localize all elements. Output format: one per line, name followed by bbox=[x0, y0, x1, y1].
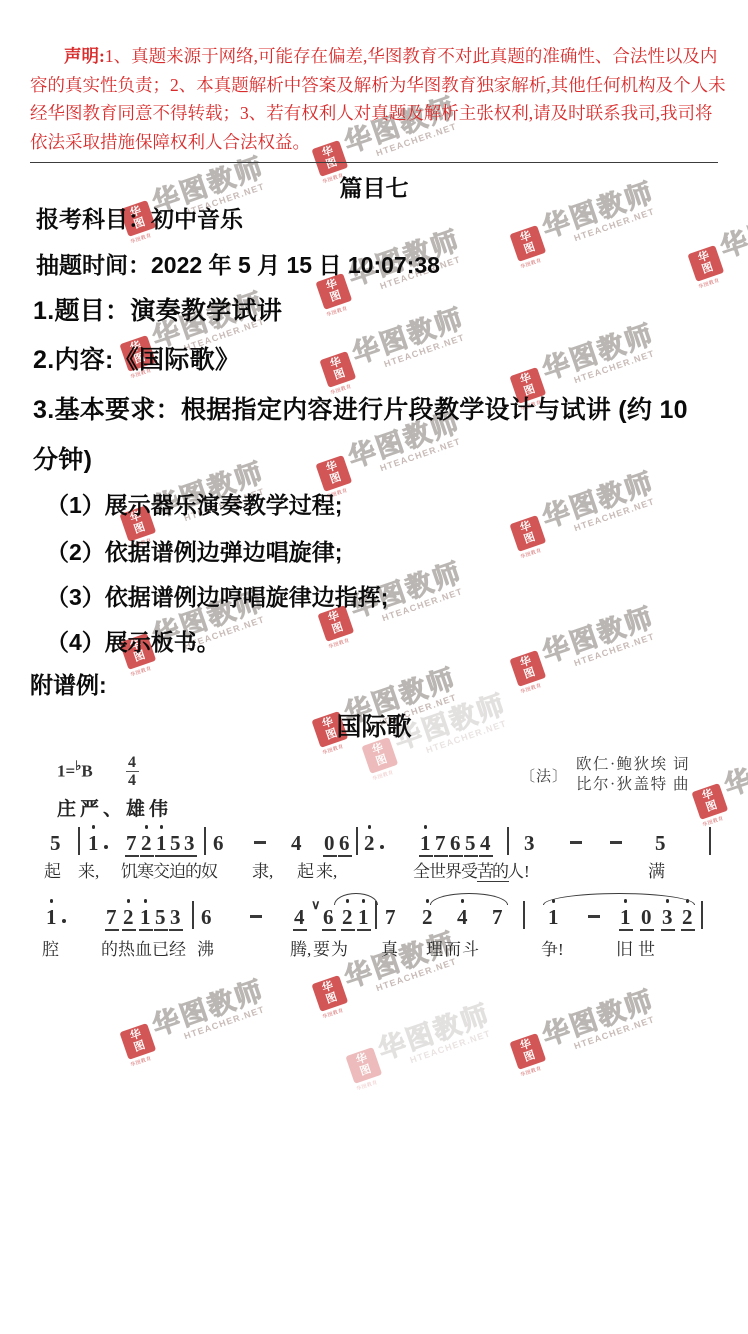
eighth-underline bbox=[105, 929, 119, 931]
eighth-underline bbox=[464, 855, 478, 857]
note-digit: 7 bbox=[106, 906, 117, 928]
note-digit: 7 bbox=[435, 832, 446, 854]
lyric-char: 腾, bbox=[290, 940, 311, 959]
duration-dash bbox=[254, 841, 266, 844]
divider-line bbox=[30, 162, 718, 163]
octave-dot bbox=[368, 825, 372, 829]
lyric-char: 迫 bbox=[169, 862, 186, 881]
note-digit: 4 bbox=[291, 832, 302, 854]
note-digit: 4 bbox=[294, 906, 305, 928]
duration-dash bbox=[570, 841, 582, 844]
note-digit: 5 bbox=[155, 906, 166, 928]
meter-bottom: 4 bbox=[128, 772, 136, 789]
barline bbox=[507, 827, 509, 855]
note-digit: 6 bbox=[450, 832, 461, 854]
lyric-char: 热 bbox=[118, 940, 135, 959]
lyric-char: 的 bbox=[101, 940, 118, 959]
eighth-underline bbox=[357, 929, 371, 931]
disclaimer-line: 依法采取措施保障权利人合法权益。 bbox=[30, 128, 722, 157]
lyric-char: 交 bbox=[153, 862, 170, 881]
draw-time-line: 抽题时间：2022 年 5 月 15 日 10:07:38 bbox=[36, 247, 440, 280]
eighth-underline bbox=[449, 855, 463, 857]
eighth-underline bbox=[681, 929, 695, 931]
octave-dot bbox=[160, 825, 164, 829]
note-digit: 2 bbox=[123, 906, 134, 928]
lyric-char: 已 bbox=[152, 940, 169, 959]
lyricist-credit: 欧仁·鲍狄埃 词 bbox=[576, 756, 690, 773]
item-requirements-line1: 3.基本要求：根据指定内容进行片段教学设计与试讲 (约 10 bbox=[33, 390, 688, 426]
slur-arc bbox=[543, 893, 695, 905]
note-digit: 3 bbox=[170, 906, 181, 928]
note-digit: 1 bbox=[420, 832, 431, 854]
barline bbox=[356, 827, 358, 855]
duration-dash bbox=[588, 915, 600, 918]
note-digit: 3 bbox=[184, 832, 195, 854]
octave-dot bbox=[424, 825, 428, 829]
lyric-char: 界 bbox=[445, 862, 462, 881]
credit-lines: 欧仁·鲍狄埃 词 比尔·狄盖特 曲 bbox=[576, 755, 690, 795]
lyric-char: 世 bbox=[429, 862, 446, 881]
requirement-sub-item: （3）依据谱例边哼唱旋律边指挥; bbox=[46, 579, 388, 612]
lyric-char: 沸 bbox=[197, 940, 214, 959]
slur-arc bbox=[430, 893, 508, 905]
note-digit: 7 bbox=[126, 832, 137, 854]
meter-top: 4 bbox=[128, 754, 136, 771]
lyric-char: 起 bbox=[44, 862, 61, 881]
breath-mark: ∨ bbox=[311, 897, 321, 913]
tempo-marking: 庄严、雄伟 bbox=[57, 794, 172, 821]
eighth-underline bbox=[322, 929, 336, 931]
eighth-underline bbox=[169, 855, 183, 857]
note-digit: 1 bbox=[548, 906, 559, 928]
disclaimer-line: 经华图教育同意不得转载；3、若有权利人对真题及解析主张权利,请及时联系我司,我司… bbox=[30, 99, 722, 128]
augmentation-dot bbox=[380, 845, 384, 849]
exam-document-page: 华图华图教育华图教师HTEACHER.NET华图华图教育华图教师HTEACHER… bbox=[0, 0, 748, 1334]
disclaimer-line: 声明:1、真题来源于网络,可能存在偏差,华图教育不对此真题的准确性、合法性以及内 bbox=[30, 42, 722, 71]
note-digit: 7 bbox=[385, 906, 396, 928]
composer-credit: 比尔·狄盖特 曲 bbox=[576, 776, 690, 793]
lyric-char: 血 bbox=[135, 940, 152, 959]
lyric-char: 来, bbox=[78, 862, 99, 881]
barline bbox=[523, 901, 525, 929]
barline bbox=[192, 901, 194, 929]
note-digit: 1 bbox=[156, 832, 167, 854]
eighth-underline bbox=[341, 929, 355, 931]
duration-dash bbox=[250, 915, 262, 918]
note-digit: 1 bbox=[358, 906, 369, 928]
note-digit: 5 bbox=[465, 832, 476, 854]
barline bbox=[204, 827, 206, 855]
barline bbox=[701, 901, 703, 929]
note-digit: 5 bbox=[655, 832, 666, 854]
item-requirements-line2: 分钟) bbox=[33, 440, 92, 476]
octave-dot bbox=[50, 899, 54, 903]
eighth-underline bbox=[183, 855, 197, 857]
eighth-underline bbox=[139, 929, 153, 931]
lyric-char: 隶, bbox=[252, 862, 273, 881]
barline bbox=[709, 827, 711, 855]
octave-dot bbox=[145, 825, 149, 829]
key-prefix: 1= bbox=[57, 762, 75, 781]
eighth-underline bbox=[434, 855, 448, 857]
disclaimer-paragraph: 声明:1、真题来源于网络,可能存在偏差,华图教育不对此真题的准确性、合法性以及内… bbox=[30, 42, 722, 156]
augmentation-dot bbox=[104, 845, 108, 849]
note-digit: 1 bbox=[140, 906, 151, 928]
chapter-title: 篇目七 bbox=[0, 170, 748, 203]
note-digit: 1 bbox=[88, 832, 99, 854]
eighth-underline bbox=[155, 855, 169, 857]
eighth-underline bbox=[169, 929, 183, 931]
octave-dot bbox=[144, 899, 148, 903]
lyric-char: 斗 bbox=[462, 940, 479, 959]
lyric-char: 奴 bbox=[201, 862, 218, 881]
requirement-sub-item: （4）展示板书。 bbox=[46, 624, 220, 657]
barline bbox=[375, 901, 377, 929]
lyric-char: 起 bbox=[297, 862, 314, 881]
eighth-underline bbox=[640, 929, 654, 931]
slur-arc bbox=[334, 893, 378, 905]
octave-dot bbox=[426, 899, 430, 903]
octave-dot bbox=[127, 899, 131, 903]
eighth-underline bbox=[122, 929, 136, 931]
lyric-char: 而 bbox=[444, 940, 461, 959]
augmentation-dot bbox=[62, 919, 66, 923]
note-digit: 2 bbox=[422, 906, 433, 928]
composer-credits: 〔法〕 欧仁·鲍狄埃 词 比尔·狄盖特 曲 bbox=[520, 755, 690, 795]
note-digit: 5 bbox=[170, 832, 181, 854]
nation-label: 〔法〕 bbox=[520, 765, 568, 786]
score-title: 国际歌 bbox=[0, 707, 748, 743]
note-digit: 7 bbox=[492, 906, 503, 928]
note-digit: 0 bbox=[324, 832, 335, 854]
lyric-char: 争! bbox=[541, 940, 564, 959]
eighth-underline bbox=[661, 929, 675, 931]
barline bbox=[78, 827, 80, 855]
note-digit: 5 bbox=[50, 832, 61, 854]
lyric-char: 来, bbox=[316, 862, 337, 881]
lyric-char: 真 bbox=[381, 940, 398, 959]
note-digit: 6 bbox=[213, 832, 224, 854]
eighth-underline bbox=[323, 855, 337, 857]
eighth-underline bbox=[479, 855, 493, 857]
lyric-char: 腔 bbox=[42, 940, 59, 959]
lyric-char: 受 bbox=[461, 862, 478, 881]
disclaimer-line: 容的真实性负责；2、本真题解析中答案及解析为华图教育独家解析,其他任何机构及个人… bbox=[30, 71, 722, 100]
note-digit: 0 bbox=[641, 906, 652, 928]
note-digit: 3 bbox=[662, 906, 673, 928]
eighth-underline bbox=[154, 929, 168, 931]
item-content: 2.内容:《国际歌》 bbox=[33, 340, 240, 376]
lyric-char: 全 bbox=[413, 862, 430, 881]
lyric-char: 人! bbox=[507, 862, 530, 881]
item-topic: 1.题目：演奏教学试讲 bbox=[33, 291, 282, 327]
eighth-underline bbox=[125, 855, 139, 857]
eighth-underline bbox=[293, 929, 307, 931]
lyric-char: 经 bbox=[169, 940, 186, 959]
lyric-char: 要 bbox=[313, 940, 330, 959]
note-digit: 2 bbox=[342, 906, 353, 928]
eighth-underline bbox=[338, 855, 352, 857]
note-digit: 1 bbox=[46, 906, 57, 928]
octave-dot bbox=[92, 825, 96, 829]
time-signature: 4 4 bbox=[122, 755, 142, 788]
disclaimer-heading: 声明: bbox=[64, 46, 105, 66]
lyric-char: 饥 bbox=[121, 862, 138, 881]
note-digit: 3 bbox=[524, 832, 535, 854]
lyric-char: 旧 bbox=[616, 940, 633, 959]
note-digit: 1 bbox=[620, 906, 631, 928]
duration-dash bbox=[610, 841, 622, 844]
lyric-char: 的 bbox=[185, 862, 202, 881]
lyric-char: 理 bbox=[426, 940, 443, 959]
lyric-char: 为 bbox=[331, 940, 348, 959]
key-letter: B bbox=[81, 762, 92, 781]
document-content: 声明:1、真题来源于网络,可能存在偏差,华图教育不对此真题的准确性、合法性以及内… bbox=[0, 0, 748, 1334]
lyric-char: 满 bbox=[648, 862, 665, 881]
note-digit: 6 bbox=[339, 832, 350, 854]
note-digit: 4 bbox=[480, 832, 491, 854]
requirement-sub-item: （1）展示器乐演奏教学过程; bbox=[46, 487, 342, 520]
note-digit: 6 bbox=[201, 906, 212, 928]
note-digit: 2 bbox=[364, 832, 375, 854]
key-signature: 1=♭B bbox=[57, 758, 93, 782]
eighth-underline bbox=[619, 929, 633, 931]
note-digit: 4 bbox=[457, 906, 468, 928]
eighth-underline bbox=[419, 855, 433, 857]
lyric-char: 寒 bbox=[137, 862, 154, 881]
note-digit: 2 bbox=[141, 832, 152, 854]
score-attachment-label: 附谱例: bbox=[30, 667, 107, 700]
requirement-sub-item: （2）依据谱例边弹边唱旋律; bbox=[46, 534, 342, 567]
lyric-char: 世 bbox=[638, 940, 655, 959]
note-digit: 6 bbox=[323, 906, 334, 928]
note-digit: 2 bbox=[682, 906, 693, 928]
eighth-underline bbox=[140, 855, 154, 857]
subject-line: 报考科目：初中音乐 bbox=[36, 201, 243, 234]
